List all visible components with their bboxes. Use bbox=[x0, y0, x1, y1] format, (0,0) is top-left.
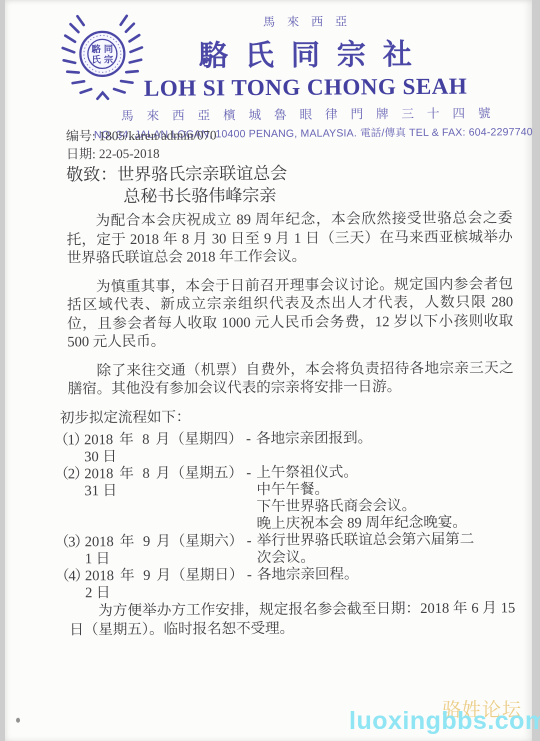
date-label: 日期: bbox=[66, 146, 99, 161]
schedule-item-events: 各地宗亲团报到。 bbox=[256, 430, 478, 449]
schedule-item-events: 举行世界骆氏联谊总会第六届第二次会议。 bbox=[257, 532, 479, 568]
schedule-item-weekday: （星期六） bbox=[171, 533, 247, 551]
reference-value: 1805/karen/admin/070 bbox=[99, 127, 217, 143]
schedule-item-number: （2） bbox=[54, 466, 84, 483]
schedule-item-weekday: （星期日） bbox=[171, 567, 247, 585]
letterhead-address-zh: 馬來西亞檳城魯眼律門牌三十四號 bbox=[94, 103, 518, 124]
letter-meta: 编号: 1805/karen/admin/070 日期: 22-05-2018 bbox=[66, 126, 217, 163]
salutation: 敬致：世界骆氏宗亲联谊总会 总秘书长骆伟峰宗亲 bbox=[66, 163, 287, 209]
schedule-item-dash: - bbox=[247, 567, 257, 584]
letterhead: 馬來西亞 駱氏同宗社 LOH SI TONG CHONG SEAH 馬來西亞檳城… bbox=[93, 11, 518, 142]
letter-content: 駱 同 氏 宗 馬來西亞 駱氏同宗社 LOH SI TONG CHONG SEA… bbox=[5, 0, 537, 741]
schedule-item: （2） 2018 年 8 月 31 日 （星期五） - 上午祭祖仪式。 中午午餐… bbox=[54, 464, 478, 535]
schedule-item-dash: - bbox=[246, 431, 256, 448]
schedule-item-date: 2018 年 8 月 30 日 bbox=[84, 432, 170, 467]
reference-number-line: 编号: 1805/karen/admin/070 bbox=[66, 126, 217, 145]
schedule-item: （1） 2018 年 8 月 30 日 （星期四） - 各地宗亲团报到。 bbox=[54, 430, 478, 467]
schedule-item-date: 2018 年 9 月 2 日 bbox=[85, 568, 171, 603]
salutation-line2: 总秘书长骆伟峰宗亲 bbox=[123, 185, 287, 208]
scan-speck bbox=[16, 718, 20, 723]
paragraph-2: 为慎重其事，本会于日前召开理事会议讨论。规定国内参会者包括区域代表、新成立宗亲组… bbox=[67, 275, 514, 352]
closing-paragraph: 为方便举办方工作安排，规定报名参会截至日期：2018 年 6 月 15 日（星期… bbox=[69, 599, 515, 639]
schedule-item-weekday: （星期五） bbox=[170, 465, 246, 483]
schedule-item-number: （4） bbox=[55, 568, 85, 585]
schedule-item-dash: - bbox=[246, 465, 256, 482]
schedule-item-events: 上午祭祖仪式。 中午午餐。 下午世界骆氏商会会议。 晚上庆祝本会 89 周年纪念… bbox=[256, 464, 478, 534]
schedule-item-dash: - bbox=[247, 533, 257, 550]
paragraph-1: 为配合本会庆祝成立 89 周年纪念，本会欣然接受世骆总会之委托，定于 2018 … bbox=[66, 209, 512, 268]
date-line: 日期: 22-05-2018 bbox=[66, 144, 217, 163]
salutation-line1: 敬致：世界骆氏宗亲联谊总会 bbox=[66, 163, 287, 187]
letterhead-society-name-en: LOH SI TONG CHONG SEAH bbox=[94, 73, 518, 102]
schedule-event: 晚上庆祝本会 89 周年纪念晚宴。 bbox=[257, 515, 479, 534]
schedule-item-date: 2018 年 8 月 31 日 bbox=[84, 466, 170, 501]
watermark-site-url: luoxingbbs.com bbox=[349, 707, 540, 736]
letterhead-country: 馬來西亞 bbox=[93, 11, 517, 31]
schedule-item-weekday: （星期四） bbox=[170, 431, 246, 449]
reference-label: 编号: bbox=[66, 128, 99, 143]
letter-page: 駱 同 氏 宗 馬來西亞 駱氏同宗社 LOH SI TONG CHONG SEA… bbox=[5, 0, 532, 741]
schedule-event: 各地宗亲团报到。 bbox=[256, 430, 478, 449]
schedule-list: （1） 2018 年 8 月 30 日 （星期四） - 各地宗亲团报到。 （2）… bbox=[54, 430, 479, 603]
schedule-item-number: （1） bbox=[54, 432, 84, 449]
schedule-item-events: 各地宗亲回程。 bbox=[257, 566, 479, 585]
schedule-event: 上午祭祖仪式。 bbox=[256, 464, 478, 483]
schedule-event: 中午午餐。 bbox=[256, 481, 478, 500]
letterhead-society-name-zh: 駱氏同宗社 bbox=[93, 31, 517, 75]
schedule-item-date: 2018 年 9 月 1 日 bbox=[85, 534, 171, 569]
paragraph-3: 除了来往交通（机票）自费外，本会将负责招待各地宗亲三天之膳宿。其他没有参加会议代… bbox=[68, 359, 514, 399]
scanned-letter-screenshot: 駱 同 氏 宗 馬來西亞 駱氏同宗社 LOH SI TONG CHONG SEA… bbox=[0, 0, 540, 741]
schedule-event: 各地宗亲回程。 bbox=[257, 566, 479, 585]
schedule-item: （3） 2018 年 9 月 1 日 （星期六） - 举行世界骆氏联谊总会第六届… bbox=[55, 532, 479, 569]
schedule-event: 举行世界骆氏联谊总会第六届第二次会议。 bbox=[257, 532, 479, 568]
date-value: 22-05-2018 bbox=[99, 146, 160, 161]
letter-body: 为配合本会庆祝成立 89 周年纪念，本会欣然接受世骆总会之委托，定于 2018 … bbox=[66, 209, 515, 649]
schedule-item-number: （3） bbox=[55, 534, 85, 551]
schedule-item: （4） 2018 年 9 月 2 日 （星期日） - 各地宗亲回程。 bbox=[55, 566, 479, 603]
schedule-intro: 初步拟定流程如下： bbox=[60, 406, 514, 428]
schedule-event: 下午世界骆氏商会会议。 bbox=[256, 498, 478, 517]
